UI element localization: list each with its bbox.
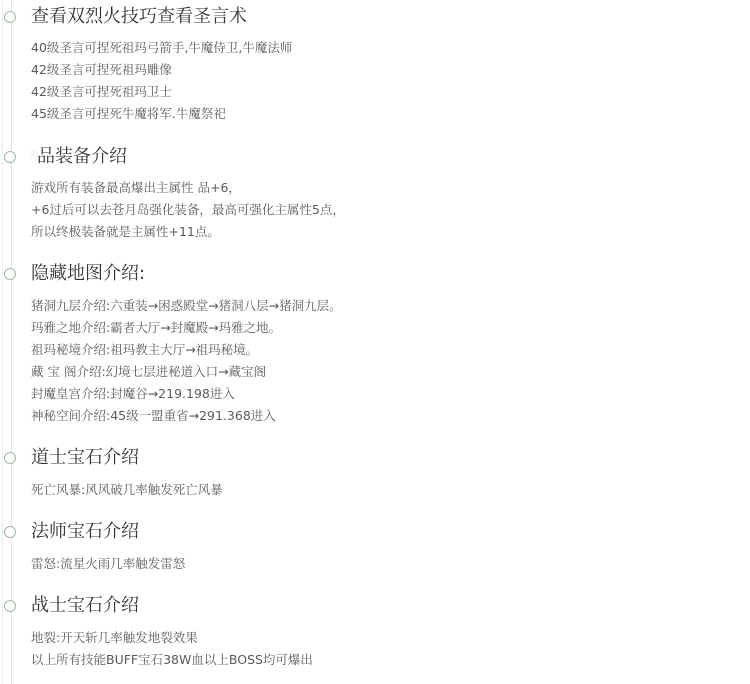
entry-line: 游戏所有装备最高爆出主属性 品+6，: [31, 177, 345, 199]
timeline: 查看双烈火技巧查看圣言术 40级圣言可捏死祖玛弓箭手,牛魔侍卫,牛魔法师 42级…: [0, 0, 750, 684]
entry-body: 游戏所有装备最高爆出主属性 品+6， +6过后可以去苍月岛强化装备，最高可强化主…: [31, 177, 345, 243]
entry-line: 死亡风暴:风风破几率触发死亡风暴: [31, 479, 223, 501]
entry-title: 法师宝石介绍: [31, 520, 139, 544]
entry-title: 道士宝石介绍: [31, 446, 139, 470]
timeline-circle-icon: [4, 526, 16, 538]
entry-line: 封魔皇宫介绍:封魔谷→219.198进入: [31, 383, 342, 405]
entry-line: 40级圣言可捏死祖玛弓箭手,牛魔侍卫,牛魔法师: [31, 37, 292, 59]
timeline-circle-icon: [4, 600, 16, 612]
timeline-circle-icon: [4, 452, 16, 464]
entry-body: 猪洞九层介绍:六重装→困惑殿堂→猪洞八层→猪洞九层。 玛雅之地介绍:霸者大厅→封…: [31, 295, 342, 427]
entry-line: 藏 宝 阁介绍:幻境七层进秘道入口→藏宝阁: [31, 361, 342, 383]
timeline-circle-icon: [4, 268, 16, 280]
entry-title: 查看双烈火技巧查看圣言术: [31, 5, 247, 29]
entry-line: +6过后可以去苍月岛强化装备，最高可强化主属性5点，: [31, 199, 345, 221]
entry-line: 45级圣言可捏死牛魔将军.牛魔祭祀: [31, 103, 292, 125]
entry-line: 42级圣言可捏死祖玛卫士: [31, 81, 292, 103]
entry-line: 玛雅之地介绍:霸者大厅→封魔殿→玛雅之地。: [31, 317, 342, 339]
entry-body: 雷怒:流星火雨几率触发雷怒: [31, 553, 185, 575]
entry-title-text: 品装备介绍: [37, 146, 127, 167]
entry-line: 猪洞九层介绍:六重装→困惑殿堂→猪洞八层→猪洞九层。: [31, 295, 342, 317]
timeline-rail-outer: [2, 0, 3, 684]
timeline-circle-icon: [4, 11, 16, 23]
entry-body: 地裂:开天斩几率触发地裂效果 以上所有技能BUFF宝石38W血以上BOSS均可爆…: [31, 627, 313, 671]
entry-title: 隐藏地图介绍:: [31, 262, 145, 286]
entry-body: 40级圣言可捏死祖玛弓箭手,牛魔侍卫,牛魔法师 42级圣言可捏死祖玛雕像 42级…: [31, 37, 292, 125]
entry-line: 地裂:开天斩几率触发地裂效果: [31, 627, 313, 649]
entry-line: 42级圣言可捏死祖玛雕像: [31, 59, 292, 81]
entry-line: 以上所有技能BUFF宝石38W血以上BOSS均可爆出: [31, 649, 313, 671]
entry-body: 死亡风暴:风风破几率触发死亡风暴: [31, 479, 223, 501]
entry-line: 所以终极装备就是主属性+11点。: [31, 221, 345, 243]
entry-line: 雷怒:流星火雨几率触发雷怒: [31, 553, 185, 575]
entry-title: 品装备介绍: [31, 145, 127, 169]
timeline-rail: [11, 0, 12, 684]
entry-title: 战士宝石介绍: [31, 594, 139, 618]
timeline-circle-icon: [4, 151, 16, 163]
entry-line: 神秘空间介绍:45级一盟重省→291.368进入: [31, 405, 342, 427]
entry-line: 祖玛秘境介绍:祖玛教主大厅→祖玛秘境。: [31, 339, 342, 361]
